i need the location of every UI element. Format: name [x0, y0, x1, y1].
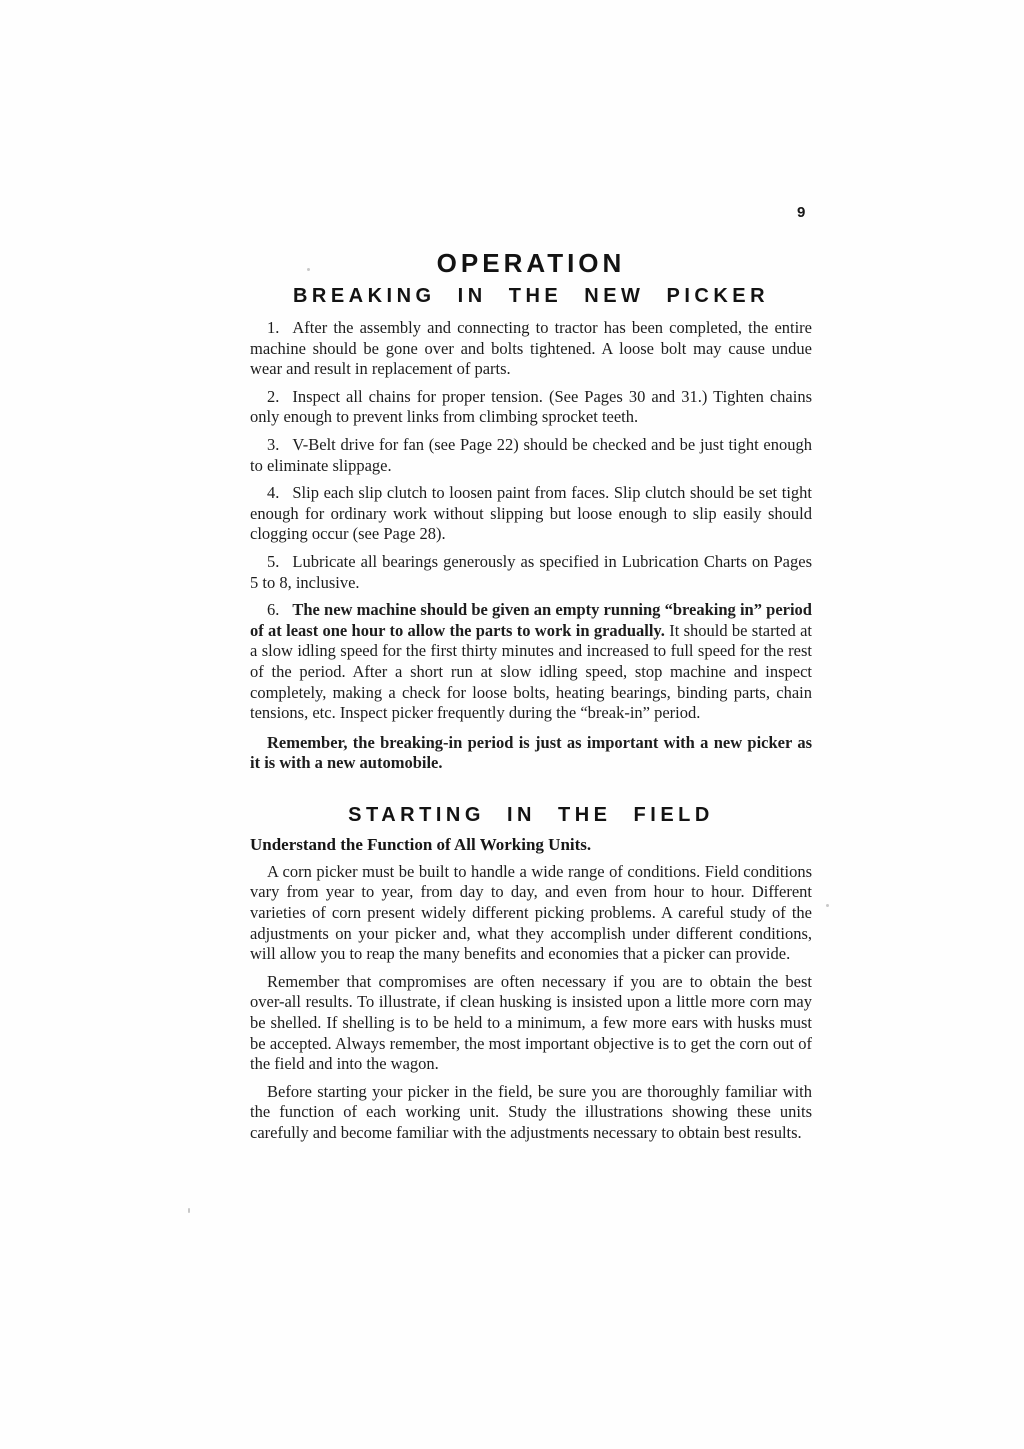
field-paragraph-2: Remember that compromises are often nece… — [250, 972, 812, 1075]
scan-artifact — [307, 268, 310, 271]
item-text: V-Belt drive for fan (see Page 22) shoul… — [250, 435, 812, 475]
numbered-item-6: 6.The new machine should be given an emp… — [250, 600, 812, 724]
scan-artifact — [188, 1208, 190, 1213]
item-number: 3. — [267, 435, 279, 454]
numbered-item-1: 1.After the assembly and connecting to t… — [250, 318, 812, 380]
item-number: 6. — [267, 600, 279, 619]
section-title-starting-in-the-field: STARTING IN THE FIELD — [250, 804, 812, 827]
item-text: After the assembly and connecting to tra… — [250, 318, 812, 378]
item-number: 2. — [267, 387, 279, 406]
scan-artifact — [826, 904, 829, 907]
item-text: Inspect all chains for proper tension. (… — [250, 387, 812, 427]
page-number: 9 — [797, 204, 805, 221]
item-number: 4. — [267, 483, 279, 502]
item-number: 5. — [267, 552, 279, 571]
item-text: Lubricate all bearings generously as spe… — [250, 552, 812, 592]
item-number: 1. — [267, 318, 279, 337]
subheading-understand-working-units: Understand the Function of All Working U… — [250, 835, 812, 855]
numbered-item-2: 2.Inspect all chains for proper tension.… — [250, 387, 812, 428]
section-subtitle-breaking-in-the-new-picker: BREAKING IN THE NEW PICKER — [250, 285, 812, 308]
page-content: OPERATION BREAKING IN THE NEW PICKER 1.A… — [250, 248, 812, 1144]
numbered-item-4: 4.Slip each slip clutch to loosen paint … — [250, 483, 812, 545]
document-page: 9 OPERATION BREAKING IN THE NEW PICKER 1… — [0, 0, 1024, 1449]
section-title-operation: OPERATION — [250, 248, 812, 279]
numbered-item-5: 5.Lubricate all bearings generously as s… — [250, 552, 812, 593]
item-text: Slip each slip clutch to loosen paint fr… — [250, 483, 812, 543]
numbered-item-3: 3.V-Belt drive for fan (see Page 22) sho… — [250, 435, 812, 476]
remember-paragraph: Remember, the breaking-in period is just… — [250, 733, 812, 774]
field-paragraph-3: Before starting your picker in the field… — [250, 1082, 812, 1144]
field-paragraph-1: A corn picker must be built to handle a … — [250, 862, 812, 965]
